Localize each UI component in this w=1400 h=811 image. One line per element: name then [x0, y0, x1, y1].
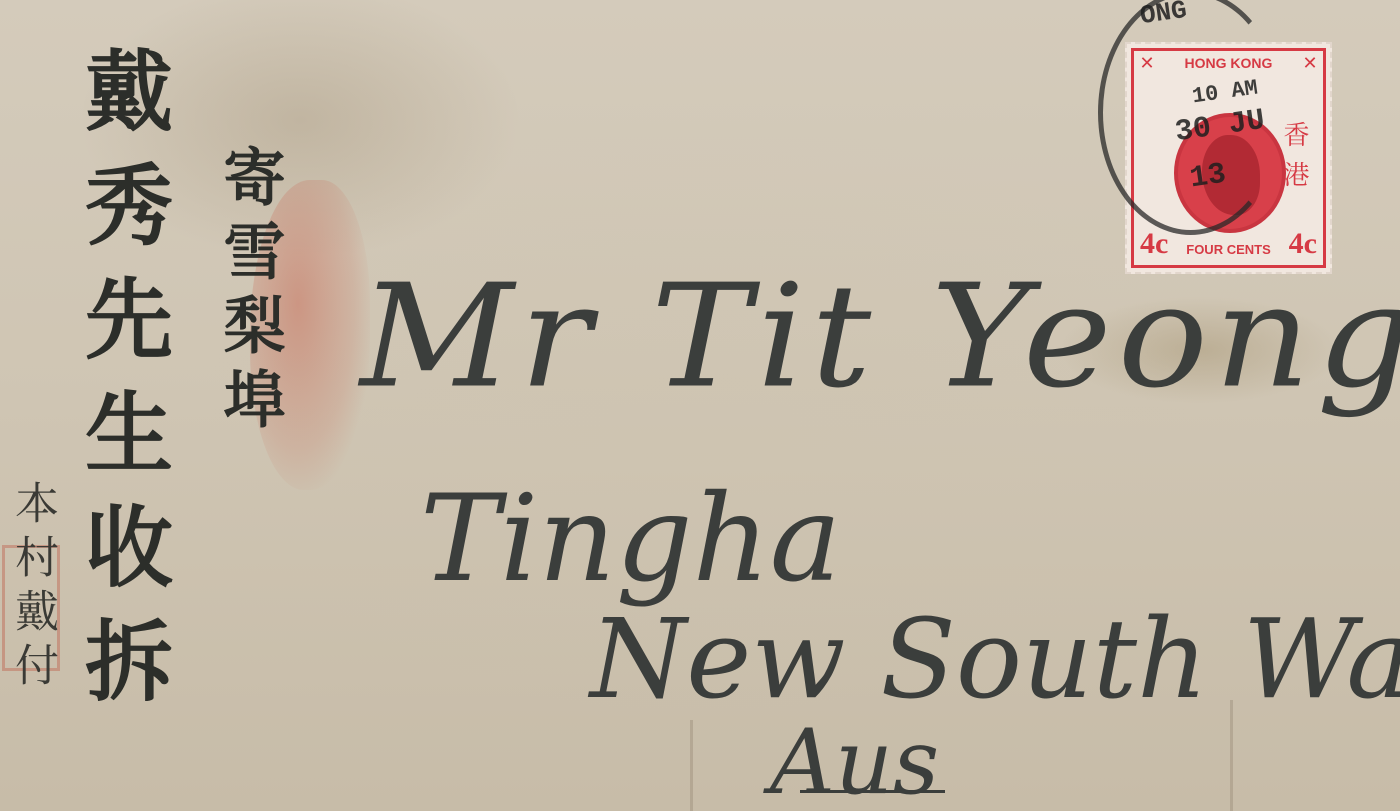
cross-icon: ✕ [1299, 53, 1321, 75]
stamp-value-right: 4c [1289, 227, 1317, 261]
envelope-photo: 戴秀先生收拆 寄雪梨埠 本村戴付 Mr Tit Yeong Tingha New… [0, 0, 1400, 811]
paper-crease [690, 720, 693, 811]
stamp-value-left: 4c [1140, 227, 1168, 261]
stamp-denomination: FOUR CENTS [1182, 242, 1275, 257]
address-town: Tingha [420, 470, 841, 609]
address-country: Aus [770, 710, 939, 811]
address-name: Mr Tit Yeong [360, 254, 1400, 419]
country-underline [800, 790, 945, 793]
chinese-recipient-text: 戴秀先生收拆 [60, 45, 186, 729]
address-state: New South Wales [590, 595, 1400, 723]
postmark-year: 13 [1188, 158, 1228, 197]
chinese-sender-text: 本村戴付 [0, 480, 64, 696]
chinese-destination-text: 寄雪梨埠 [205, 145, 294, 441]
